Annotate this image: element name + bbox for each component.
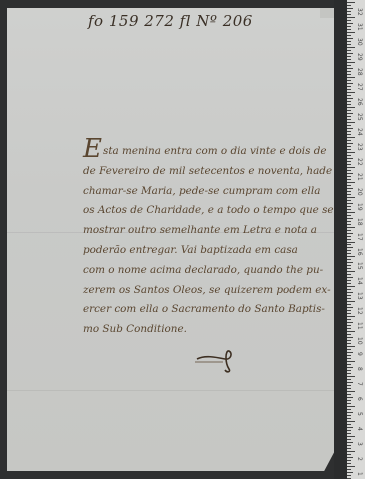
text-line-10: mo Sub Conditione. — [83, 320, 333, 340]
ruler-label: 8 — [356, 367, 363, 381]
ruler-tick — [347, 253, 351, 254]
ruler-tick — [347, 334, 351, 335]
ruler-tick — [347, 358, 351, 359]
ruler-label: 25 — [356, 113, 363, 127]
ruler-label: 10 — [356, 337, 363, 351]
ruler-tick — [347, 391, 355, 392]
ruler-tick — [347, 137, 355, 138]
ruler-tick — [347, 322, 353, 323]
ruler-label: 5 — [356, 412, 363, 426]
ruler-tick — [347, 113, 353, 114]
ruler-tick — [347, 268, 351, 269]
ruler-tick — [347, 355, 351, 356]
ruler-tick — [347, 310, 351, 311]
ruler-label: 27 — [356, 83, 363, 97]
ruler-tick — [347, 236, 351, 237]
ruler-label: 4 — [356, 427, 363, 441]
ruler-tick — [347, 26, 351, 27]
ruler-label: 16 — [356, 248, 363, 262]
ruler-tick — [347, 119, 351, 120]
ruler-tick — [347, 98, 353, 99]
ruler-tick — [347, 44, 351, 45]
ruler-tick — [347, 379, 351, 380]
ruler-tick — [347, 140, 351, 141]
ruler-label: 18 — [356, 218, 363, 232]
ruler-tick — [347, 421, 355, 422]
ruler-tick — [347, 424, 351, 425]
ruler-label: 13 — [356, 292, 363, 306]
ruler-label: 29 — [356, 53, 363, 67]
decorated-initial: E — [83, 134, 102, 164]
text-line-1: Esta menina entra com o dia vinte e dois… — [83, 142, 333, 162]
ruler-tick — [347, 475, 351, 476]
text-line-5: mostrar outro semelhante em Letra e nota… — [83, 221, 333, 241]
ruler-tick — [347, 412, 353, 413]
ruler-tick — [347, 65, 351, 66]
text-line-7: com o nome acima declarado, quando the p… — [83, 261, 333, 281]
ruler-tick — [347, 277, 353, 278]
ruler-tick — [347, 71, 351, 72]
ruler-tick — [347, 152, 355, 153]
ruler-label: 30 — [356, 38, 363, 52]
ruler-label: 6 — [356, 397, 363, 411]
ruler-tick — [347, 212, 355, 213]
ruler-tick — [347, 286, 355, 287]
ruler-tick — [347, 35, 351, 36]
ruler-tick — [347, 361, 355, 362]
ruler-label: 9 — [356, 352, 363, 366]
ruler-tick — [347, 370, 351, 371]
text-line-4: os Actos de Charidade, e a todo o tempo … — [83, 201, 333, 221]
measurement-ruler: 3231302928272625242322212019181716151413… — [347, 0, 365, 479]
ruler-label: 3 — [356, 442, 363, 456]
ruler-tick — [347, 80, 351, 81]
ruler-tick — [347, 472, 353, 473]
ruler-tick — [347, 83, 353, 84]
ruler-label: 19 — [356, 203, 363, 217]
ruler-tick — [347, 218, 353, 219]
ruler-tick — [347, 337, 353, 338]
ruler-tick — [347, 409, 351, 410]
ruler-tick — [347, 256, 355, 257]
ruler-tick — [347, 110, 351, 111]
ruler-tick — [347, 53, 353, 54]
ruler-tick — [347, 14, 351, 15]
ruler-tick — [347, 259, 351, 260]
ruler-tick — [347, 143, 353, 144]
ruler-tick — [347, 250, 351, 251]
ruler-tick — [347, 146, 351, 147]
ruler-tick — [347, 101, 351, 102]
ruler-tick — [347, 448, 351, 449]
ruler-tick — [347, 280, 351, 281]
ruler-label: 24 — [356, 128, 363, 142]
ruler-tick — [347, 436, 355, 437]
signature-flourish-icon — [195, 345, 240, 375]
ruler-label: 20 — [356, 188, 363, 202]
ruler-tick — [347, 406, 355, 407]
ruler-tick — [347, 185, 351, 186]
ruler-tick — [347, 20, 351, 21]
ruler-tick — [347, 122, 355, 123]
ruler-tick — [347, 457, 353, 458]
ruler-tick — [347, 125, 351, 126]
ruler-tick — [347, 343, 351, 344]
ruler-tick — [347, 298, 351, 299]
ruler-tick — [347, 158, 353, 159]
ruler-tick — [347, 433, 351, 434]
ruler-tick — [347, 104, 351, 105]
text-line-2: de Fevereiro de mil setecentos e noventa… — [83, 162, 333, 182]
ruler-tick — [347, 221, 351, 222]
ruler-label: 22 — [356, 158, 363, 172]
ruler-tick — [347, 349, 351, 350]
ruler-tick — [347, 289, 351, 290]
ruler-tick — [347, 427, 353, 428]
ruler-label: 17 — [356, 233, 363, 247]
ruler-tick — [347, 209, 351, 210]
ruler-tick — [347, 244, 351, 245]
ruler-tick — [347, 233, 353, 234]
fold-line — [7, 390, 334, 391]
ruler-label: 7 — [356, 382, 363, 396]
ruler-tick — [347, 50, 351, 51]
ruler-tick — [347, 394, 351, 395]
ruler-tick — [347, 107, 355, 108]
ruler-tick — [347, 403, 351, 404]
ruler-tick — [347, 95, 351, 96]
ruler-tick — [347, 451, 355, 452]
manuscript-text: Esta menina entra com o dia vinte e dois… — [83, 142, 333, 340]
ruler-tick — [347, 74, 351, 75]
ruler-label: 15 — [356, 262, 363, 276]
ruler-tick — [347, 397, 353, 398]
ruler-tick — [347, 203, 353, 204]
ruler-tick — [347, 325, 351, 326]
ruler-tick — [347, 364, 351, 365]
ruler-tick — [347, 56, 351, 57]
ruler-tick — [347, 188, 353, 189]
ruler-tick — [347, 29, 351, 30]
ruler-tick — [347, 295, 351, 296]
ruler-tick — [347, 194, 351, 195]
reference-number: fo 159 272 fl Nº 206 — [88, 12, 253, 30]
ruler-tick — [347, 206, 351, 207]
ruler-tick — [347, 346, 355, 347]
ruler-tick — [347, 200, 351, 201]
text-line-6: poderão entregar. Vai baptizada em casa — [83, 241, 333, 261]
scanner-edge — [334, 0, 348, 479]
ruler-tick — [347, 445, 351, 446]
ruler-tick — [347, 68, 353, 69]
ruler-tick — [347, 161, 351, 162]
ruler-tick — [347, 38, 353, 39]
ruler-tick — [347, 191, 351, 192]
ruler-tick — [347, 304, 351, 305]
ruler-tick — [347, 367, 353, 368]
ruler-tick — [347, 230, 351, 231]
ruler-tick — [347, 430, 351, 431]
ruler-tick — [347, 23, 353, 24]
ruler-tick — [347, 292, 353, 293]
text-line-3: chamar-se Maria, pede-se cumpram com ell… — [83, 182, 333, 202]
ruler-tick — [347, 2, 355, 3]
ruler-tick — [347, 319, 351, 320]
ruler-label: 23 — [356, 143, 363, 157]
ruler-tick — [347, 164, 351, 165]
ruler-tick — [347, 86, 351, 87]
ruler-tick — [347, 316, 355, 317]
ruler-tick — [347, 131, 351, 132]
ruler-tick — [347, 92, 355, 93]
ruler-tick — [347, 376, 355, 377]
ruler-tick — [347, 182, 355, 183]
ruler-tick — [347, 89, 351, 90]
ruler-tick — [347, 239, 351, 240]
ruler-tick — [347, 439, 351, 440]
ruler-tick — [347, 77, 355, 78]
ruler-label: 2 — [356, 457, 363, 471]
ruler-tick — [347, 247, 353, 248]
ruler-tick — [347, 242, 355, 243]
ruler-tick — [347, 271, 355, 272]
ruler-tick — [347, 418, 351, 419]
ruler-tick — [347, 262, 353, 263]
ruler-tick — [347, 328, 351, 329]
ruler-tick — [347, 167, 355, 168]
ruler-tick — [347, 215, 351, 216]
ruler-tick — [347, 352, 353, 353]
ruler-tick — [347, 224, 351, 225]
ruler-tick — [347, 283, 351, 284]
document-scan: fo 159 272 fl Nº 206 Esta menina entra c… — [0, 0, 365, 479]
ruler-label: 21 — [356, 173, 363, 187]
ruler-tick — [347, 32, 355, 33]
ruler-label: 28 — [356, 68, 363, 82]
ruler-tick — [347, 41, 351, 42]
text-line-9: ercer com ella o Sacramento do Santo Bap… — [83, 300, 333, 320]
ruler-tick — [347, 460, 351, 461]
ruler-label: 32 — [356, 8, 363, 22]
ruler-tick — [347, 382, 353, 383]
ruler-tick — [347, 469, 351, 470]
ruler-tick — [347, 176, 351, 177]
ruler-tick — [347, 227, 355, 228]
ruler-tick — [347, 179, 351, 180]
ruler-tick — [347, 116, 351, 117]
ruler-tick — [347, 373, 351, 374]
ruler-label: 26 — [356, 98, 363, 112]
ruler-tick — [347, 59, 351, 60]
ruler-tick — [347, 197, 355, 198]
ruler-tick — [347, 454, 351, 455]
ruler-tick — [347, 170, 351, 171]
ruler-tick — [347, 173, 353, 174]
ruler-tick — [347, 400, 351, 401]
ruler-tick — [347, 149, 351, 150]
text-line-8: zerem os Santos Oleos, se quizerem podem… — [83, 281, 333, 301]
ruler-label: 31 — [356, 23, 363, 37]
ruler-label: 1 — [356, 472, 363, 479]
ruler-tick — [347, 301, 355, 302]
ruler-tick — [347, 155, 351, 156]
ruler-tick — [347, 128, 353, 129]
ruler-tick — [347, 17, 355, 18]
ruler-tick — [347, 47, 355, 48]
ruler-tick — [347, 388, 351, 389]
ruler-tick — [347, 274, 351, 275]
ruler-tick — [347, 331, 355, 332]
ruler-tick — [347, 307, 353, 308]
ruler-tick — [347, 466, 355, 467]
ruler-tick — [347, 313, 351, 314]
ruler-tick — [347, 415, 351, 416]
ruler-label: 11 — [356, 322, 363, 336]
ruler-tick — [347, 265, 351, 266]
ruler-tick — [347, 463, 351, 464]
ruler-label: 14 — [356, 277, 363, 291]
ruler-tick — [347, 11, 351, 12]
ruler-tick — [347, 340, 351, 341]
ruler-tick — [347, 5, 351, 6]
text-line-1-rest: sta menina entra com o dia vinte e dois … — [103, 145, 327, 157]
ruler-tick — [347, 134, 351, 135]
ruler-tick — [347, 8, 353, 9]
ruler-tick — [347, 442, 353, 443]
ruler-tick — [347, 62, 355, 63]
ruler-label: 12 — [356, 307, 363, 321]
ruler-tick — [347, 385, 351, 386]
